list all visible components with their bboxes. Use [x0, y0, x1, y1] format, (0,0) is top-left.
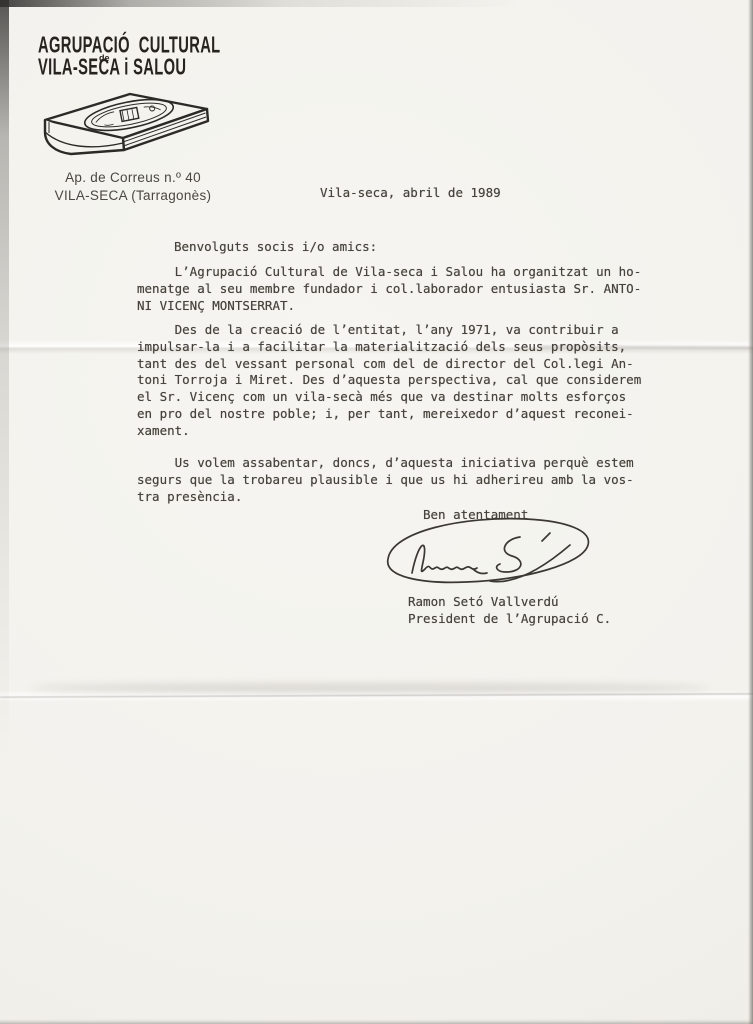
dateline: Vila-seca, abril de 1989 [320, 185, 501, 202]
book-emblem-icon [33, 86, 218, 166]
org-name-line2: VILA-SECA i SALOU [38, 55, 186, 81]
scan-edge-bottom [0, 1019, 753, 1024]
address-block: Ap. de Correus n.º 40 VILA-SECA (Tarrago… [28, 169, 238, 204]
scan-edge-top [0, 0, 520, 7]
handwritten-signature [374, 511, 606, 593]
scanned-letter-page: AGRUPACIÓ CULTURAL de VILA-SECA i SALOU [0, 0, 753, 1024]
body-paragraph-1: L’Agrupació Cultural de Vila-seca i Salo… [137, 264, 641, 314]
salutation: Benvolguts socis i/o amics: [174, 239, 377, 256]
signer-title: President de l’Agrupació C. [408, 611, 611, 628]
scan-edge-left [0, 0, 9, 760]
signer-name: Ramon Setó Vallverdú [408, 594, 559, 611]
body-paragraph-3: Us volem assabentar, doncs, d’aquesta in… [137, 455, 634, 505]
address-line2: VILA-SECA (Tarragonès) [28, 187, 238, 205]
address-line1: Ap. de Correus n.º 40 [28, 169, 238, 187]
scan-edge-right [748, 0, 753, 1024]
body-paragraph-2: Des de la creació de l’entitat, l’any 19… [137, 322, 641, 440]
fold-crease-lower-smudge [30, 684, 710, 692]
